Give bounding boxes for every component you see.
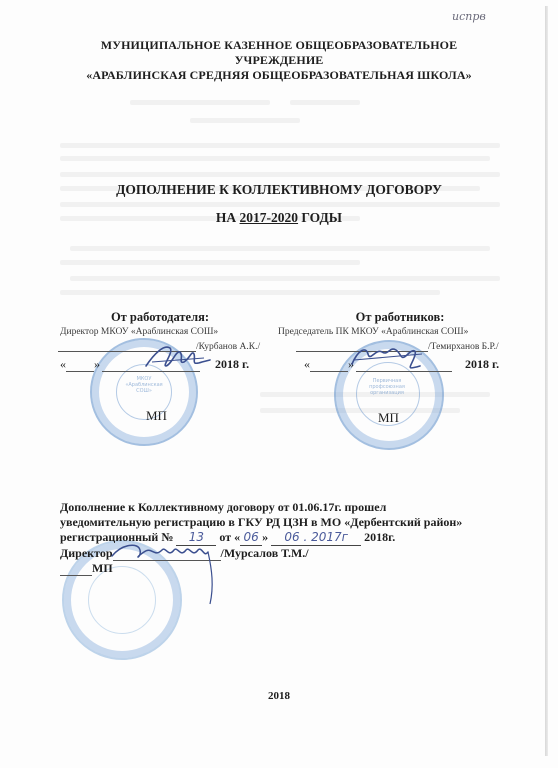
- employees-name: /Темирханов Б.Р./: [428, 342, 499, 352]
- document-page: испрв МУНИЦИПАЛЬНОЕ КАЗЕННОЕ ОБЩЕОБРАЗОВ…: [0, 0, 558, 768]
- employer-heading: От работодателя:: [100, 310, 220, 325]
- header-line-2: УЧРЕЖДЕНИЕ: [0, 53, 558, 68]
- employer-signature: [142, 340, 212, 377]
- title-years: 2017-2020: [240, 210, 299, 225]
- header-line-1: МУНИЦИПАЛЬНОЕ КАЗЕННОЕ ОБЩЕОБРАЗОВАТЕЛЬН…: [0, 38, 558, 53]
- registration-line-2: уведомительную регистрацию в ГКУ РД ЦЗН …: [60, 515, 530, 530]
- title-prefix: НА: [216, 210, 240, 225]
- employees-year: 2018 г.: [465, 357, 499, 371]
- title-line-2: НА 2017-2020 ГОДЫ: [0, 210, 558, 226]
- employees-heading: От работников:: [340, 310, 460, 325]
- registration-month-year: 06 . 2017г: [271, 530, 361, 546]
- footer-year: 2018: [0, 690, 558, 702]
- employer-stamp-label: МП: [146, 408, 167, 424]
- employer-day-field: [66, 361, 94, 372]
- registration-line-1: Дополнение к Коллективному договору от 0…: [60, 500, 530, 515]
- director-signature: [108, 540, 228, 615]
- employees-signature: [348, 340, 428, 377]
- scan-edge-line: [545, 6, 548, 756]
- handwritten-note: испрв: [452, 10, 486, 23]
- title-suffix: ГОДЫ: [298, 210, 342, 225]
- director-label: Директор: [60, 546, 113, 560]
- employees-stamp-label: МП: [378, 410, 399, 426]
- title-line-1: ДОПОЛНЕНИЕ К КОЛЛЕКТИВНОМУ ДОГОВОРУ: [0, 182, 558, 198]
- header-line-3: «АРАБЛИНСКАЯ СРЕДНЯЯ ОБЩЕОБРАЗОВАТЕЛЬНАЯ…: [0, 68, 558, 83]
- employees-day-field: [310, 361, 348, 372]
- director-name: /Мурсалов Т.М./: [221, 546, 309, 560]
- employer-year: 2018 г.: [215, 357, 249, 371]
- employees-position: Председатель ПК МКОУ «Араблинская СОШ»: [278, 327, 468, 337]
- employer-position: Директор МКОУ «Араблинская СОШ»: [60, 327, 218, 337]
- registration-day: 06: [240, 530, 262, 546]
